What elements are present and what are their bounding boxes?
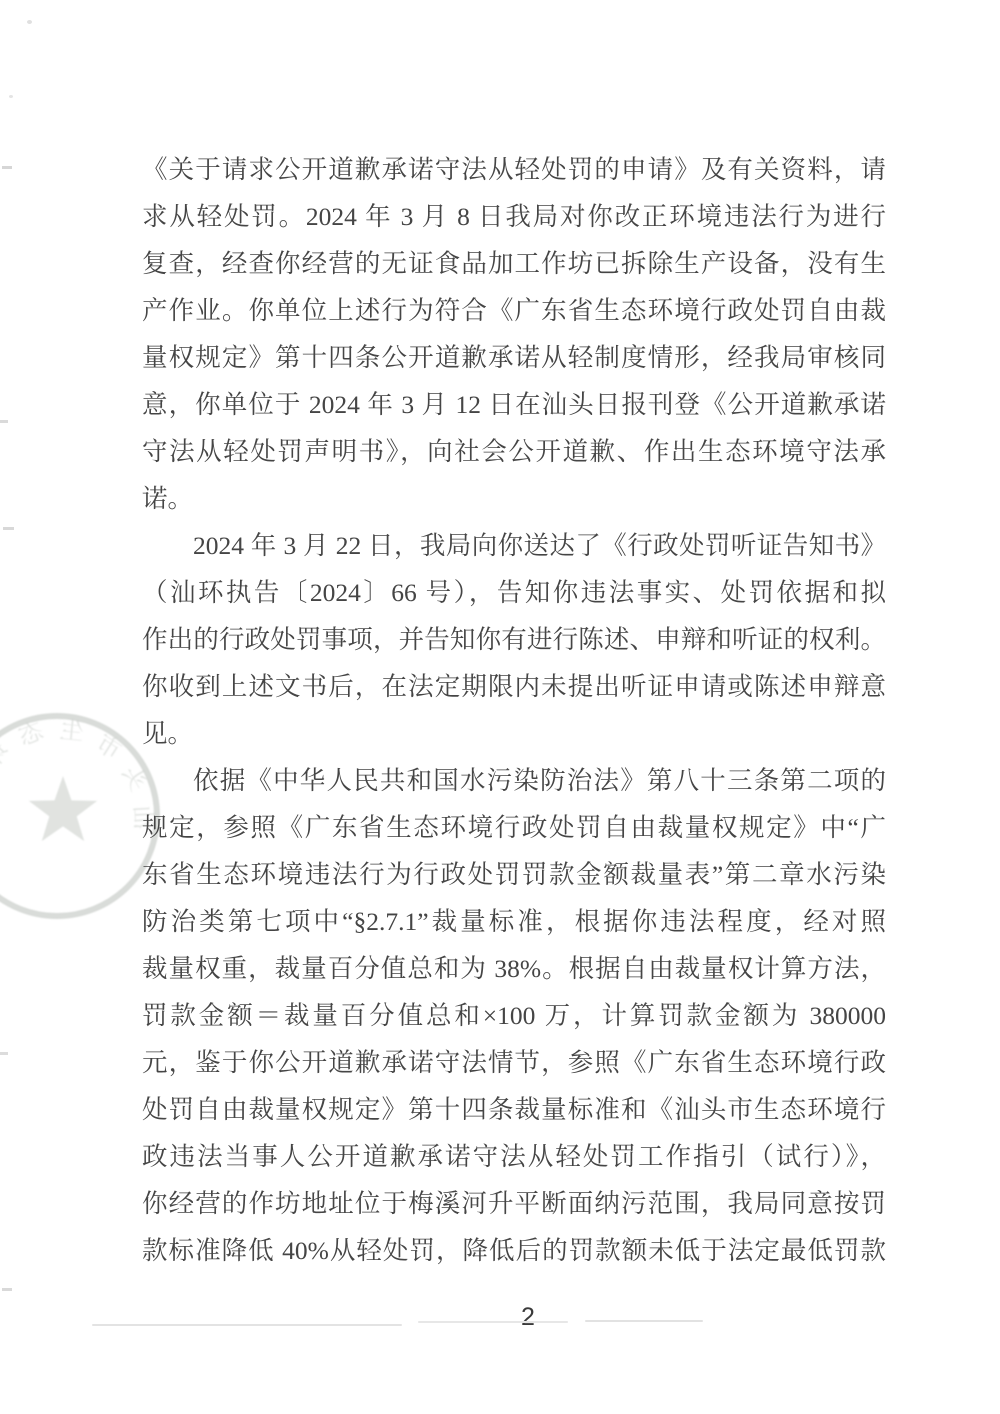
document-page: 汕头市生态环境局 《关于请求公开道歉承诺守法从轻处罚的申请》及有关资料，请求从轻… [0, 0, 1000, 1414]
document-text: 《关于请求公开道歉承诺守法从轻处罚的申请》及有关资料，请求从轻处罚。2024 年… [142, 146, 886, 1274]
text-line: 意，你单位于 2024 年 3 月 12 日在汕头日报刊登《公开道歉承诺 [142, 381, 886, 428]
text-line: （汕环执告〔2024〕66 号），告知你违法事实、处罚依据和拟 [142, 569, 886, 616]
text-line: 见。 [142, 710, 886, 757]
text-line: 防治类第七项中“§2.7.1”裁量标准，根据你违法程度，经对照 [142, 898, 886, 945]
seal-ring [0, 716, 157, 916]
text-line: 政违法当事人公开道歉承诺守法从轻处罚工作指引（试行）》， [142, 1133, 886, 1180]
text-line: 东省生态环境违法行为行政处罚罚款金额裁量表”第二章水污染 [142, 851, 886, 898]
text-line: 作出的行政处罚事项，并告知你有进行陈述、申辩和听证的权利。 [142, 616, 886, 663]
text-line: 处罚自由裁量权规定》第十四条裁量标准和《汕头市生态环境行 [142, 1086, 886, 1133]
seal-arc-text: 汕头市生态环境局 [0, 716, 157, 857]
text-line: 《关于请求公开道歉承诺守法从轻处罚的申请》及有关资料，请 [142, 146, 886, 193]
text-line: 你收到上述文书后，在法定期限内未提出听证申请或陈述申辩意 [142, 663, 886, 710]
scan-artifact [0, 1052, 8, 1055]
scan-artifact [3, 527, 14, 530]
page-number: 2 [142, 1303, 886, 1332]
text-line: 守法从轻处罚声明书》，向社会公开道歉、作出生态环境守法承 [142, 428, 886, 475]
text-line: 裁量权重，裁量百分值总和为 38%。根据自由裁量权计算方法， [142, 945, 886, 992]
text-line: 求从轻处罚。2024 年 3 月 8 日我局对你改正环境违法行为进行 [142, 193, 886, 240]
text-line: 2024 年 3 月 22 日，我局向你送达了《行政处罚听证告知书》 [142, 522, 886, 569]
text-line: 依据《中华人民共和国水污染防治法》第八十三条第二项的 [142, 757, 886, 804]
scan-artifact [27, 20, 32, 24]
scan-artifact [2, 166, 12, 169]
scan-artifact [2, 1288, 12, 1291]
scan-artifact [0, 420, 8, 423]
text-line: 诺。 [142, 475, 886, 522]
text-line: 规定，参照《广东省生态环境行政处罚自由裁量权规定》中“广 [142, 804, 886, 851]
text-line: 款标准降低 40%从轻处罚，降低后的罚款额未低于法定最低罚款 [142, 1227, 886, 1274]
text-line: 元，鉴于你公开道歉承诺守法情节，参照《广东省生态环境行政 [142, 1039, 886, 1086]
star-icon [29, 776, 97, 841]
text-line: 量权规定》第十四条公开道歉承诺从轻制度情形，经我局审核同 [142, 334, 886, 381]
scan-artifact [9, 95, 13, 98]
text-line: 你经营的作坊地址位于梅溪河升平断面纳污范围，我局同意按罚 [142, 1180, 886, 1227]
text-line: 复查，经查你经营的无证食品加工作坊已拆除生产设备，没有生 [142, 240, 886, 287]
text-line: 罚款金额＝裁量百分值总和×100 万，计算罚款金额为 380000 [142, 992, 886, 1039]
text-line: 产作业。你单位上述行为符合《广东省生态环境行政处罚自由裁 [142, 287, 886, 334]
